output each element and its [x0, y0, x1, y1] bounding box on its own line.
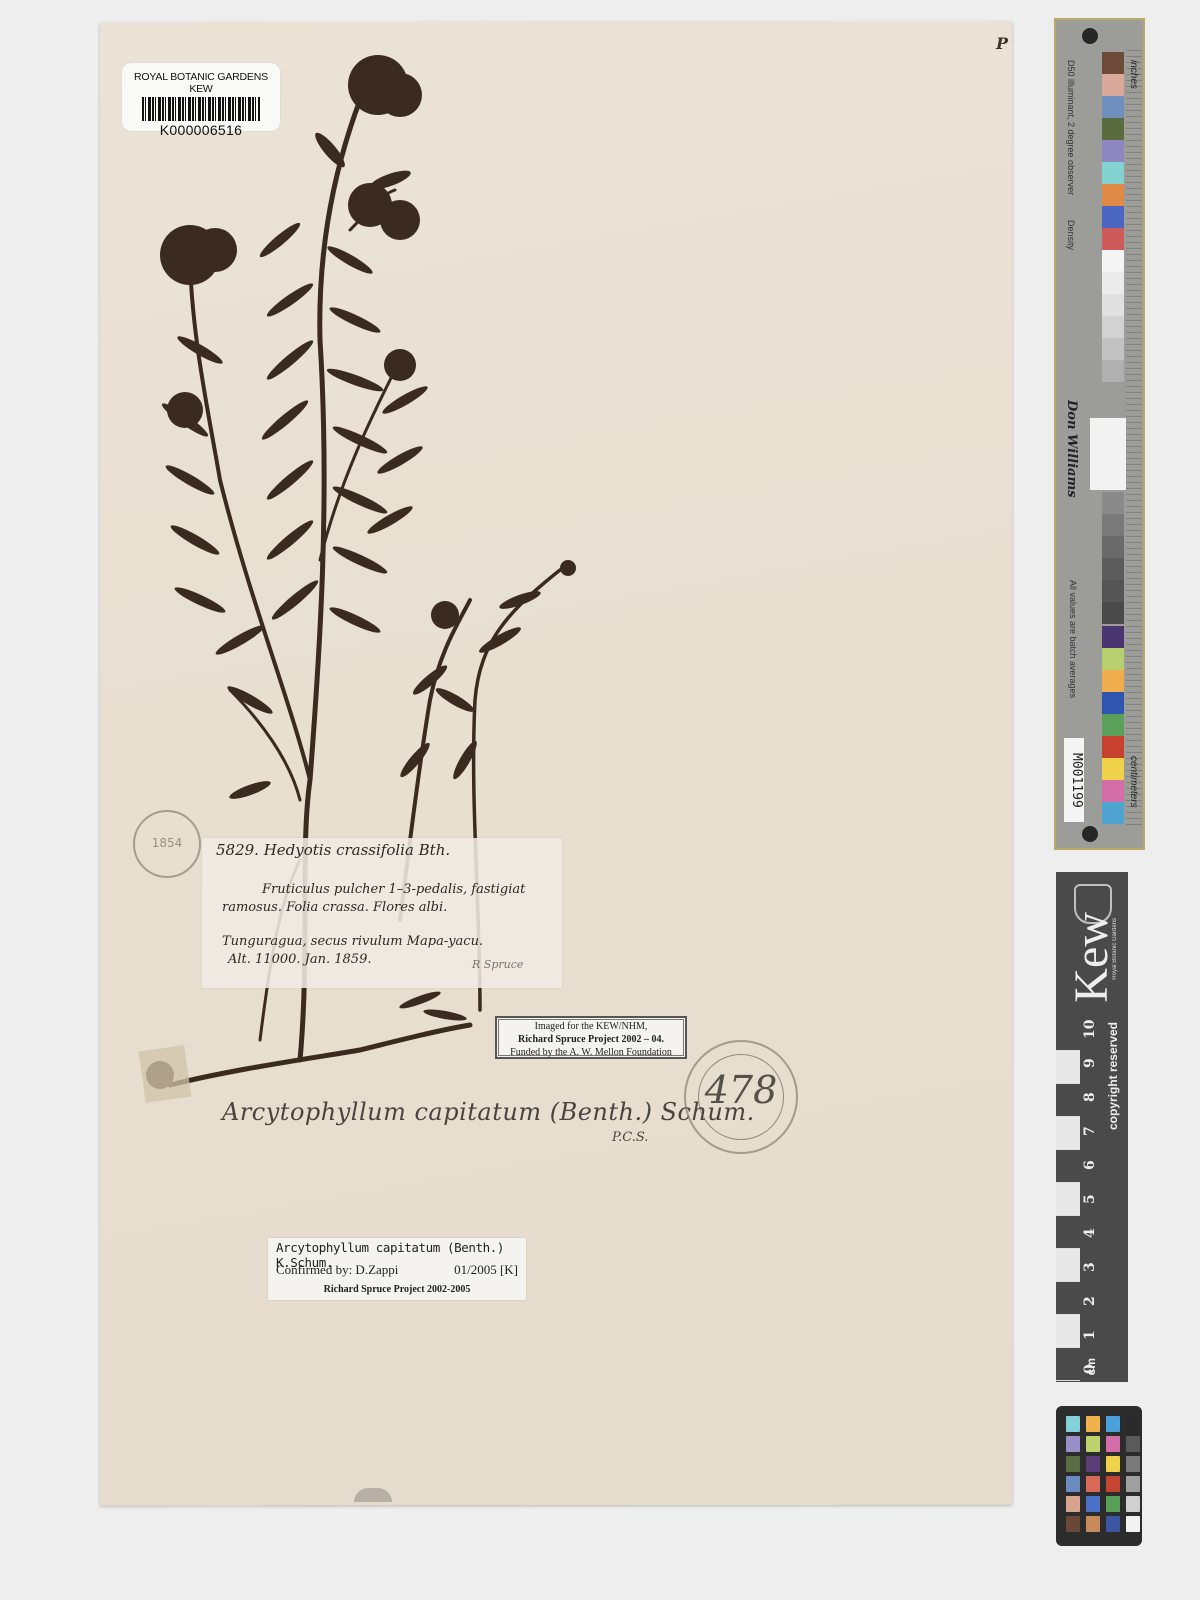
- checker-patch: [1126, 1456, 1140, 1472]
- specimen-id: K000006516: [122, 122, 280, 138]
- checker-patch: [1106, 1436, 1120, 1452]
- plant-specimen: [0, 0, 1200, 1600]
- imaging-project-label: Imaged for the KEW/NHM, Richard Spruce P…: [495, 1016, 687, 1059]
- color-swatch: [1102, 52, 1124, 74]
- grey-swatch: [1102, 492, 1124, 514]
- ruler-batch-note: All values are batch averages: [1068, 580, 1078, 698]
- scale-block: [1056, 1183, 1080, 1216]
- ruler-scale-ticks: [1126, 50, 1142, 830]
- checker-patch: [1126, 1436, 1140, 1452]
- scale-block: [1056, 1282, 1080, 1315]
- grey-swatch: [1102, 360, 1124, 382]
- scale-block: [1056, 1315, 1080, 1348]
- scale-number: 7: [1082, 1114, 1098, 1148]
- checker-patch: [1086, 1416, 1100, 1432]
- confirmed-by: Confirmed by: D.Zappi: [276, 1262, 398, 1278]
- grey-swatch: [1102, 338, 1124, 360]
- checker-patch: [1086, 1456, 1100, 1472]
- color-swatch: [1102, 758, 1124, 780]
- scale-number: 10: [1082, 1012, 1098, 1046]
- scale-number: 9: [1082, 1046, 1098, 1080]
- collector-label-number-name: 5829. Hedyotis crassifolia Bth.: [216, 841, 450, 859]
- ruler-hole-bottom: [1082, 826, 1098, 842]
- grey-swatch: [1102, 316, 1124, 338]
- color-swatch: [1102, 96, 1124, 118]
- color-swatch: [1102, 184, 1124, 206]
- ruler-unit-inches: inches: [1128, 60, 1139, 89]
- mounting-tape: [139, 1045, 192, 1103]
- imaging-label-line2: Richard Spruce Project 2002 – 04.: [497, 1033, 685, 1046]
- scale-block: [1056, 1018, 1080, 1051]
- ruler-id: M001199: [1064, 738, 1084, 822]
- scale-block: [1056, 1249, 1080, 1282]
- scale-number: 8: [1082, 1080, 1098, 1114]
- scale-number: 4: [1082, 1216, 1098, 1250]
- scale-number: 5: [1082, 1182, 1098, 1216]
- kew-logo: Kew: [1068, 912, 1116, 1003]
- color-swatch: [1102, 74, 1124, 96]
- ruler-grey-dark: [1102, 492, 1124, 624]
- color-swatch: [1102, 780, 1124, 802]
- color-swatch: [1102, 206, 1124, 228]
- grey-swatch: [1102, 602, 1124, 624]
- barcode-label: ROYAL BOTANIC GARDENS KEW K000006516: [122, 63, 280, 131]
- color-swatch: [1102, 228, 1124, 250]
- checker-patch: [1106, 1516, 1120, 1532]
- scale-blocks: [1056, 1018, 1080, 1358]
- grey-swatch: [1102, 272, 1124, 294]
- handwritten-determination: Arcytophyllum capitatum (Benth.) Schum.: [222, 1098, 755, 1126]
- checker-patch: [1106, 1496, 1120, 1512]
- color-swatch: [1102, 140, 1124, 162]
- color-swatch: [1102, 692, 1124, 714]
- grey-swatch: [1102, 558, 1124, 580]
- herbarium-stamp-year: 1854: [135, 836, 199, 850]
- color-swatch: [1102, 118, 1124, 140]
- imaging-label-line3: Funded by the A. W. Mellon Foundation: [497, 1046, 685, 1059]
- confirmation-project: Richard Spruce Project 2002-2005: [268, 1284, 526, 1295]
- color-swatch: [1102, 626, 1124, 648]
- scale-block: [1056, 1051, 1080, 1084]
- color-swatch: [1102, 802, 1124, 824]
- color-swatch: [1102, 670, 1124, 692]
- scale-unit: cm: [1084, 1358, 1098, 1375]
- checker-patch: [1126, 1416, 1140, 1432]
- scale-number: 2: [1082, 1284, 1098, 1318]
- kew-stamp-number: 478: [686, 1068, 796, 1112]
- checker-patch: [1066, 1456, 1080, 1472]
- checker-patch: [1066, 1416, 1080, 1432]
- ruler-unit-centimeters: centimeters: [1128, 756, 1139, 808]
- scale-block: [1056, 1348, 1080, 1381]
- confirmation-date: 01/2005 [K]: [454, 1262, 518, 1278]
- imaging-label-line1: Imaged for the KEW/NHM,: [497, 1020, 685, 1033]
- color-swatch: [1102, 736, 1124, 758]
- color-checker-grid: [1066, 1416, 1140, 1530]
- copyright-text: copyright reserved: [1106, 1022, 1120, 1130]
- checker-patch: [1086, 1436, 1100, 1452]
- scale-number: 3: [1082, 1250, 1098, 1284]
- ruler-grey-light: [1102, 250, 1124, 382]
- checker-patch: [1106, 1416, 1120, 1432]
- confirmation-label: Arcytophyllum capitatum (Benth.) K.Schum…: [268, 1238, 526, 1300]
- checker-patch: [1066, 1476, 1080, 1492]
- checker-patch: [1086, 1476, 1100, 1492]
- checker-patch: [1086, 1496, 1100, 1512]
- checker-patch: [1066, 1436, 1080, 1452]
- collector-label: 5829. Hedyotis crassifolia Bth. Fruticul…: [202, 838, 562, 988]
- color-swatch: [1102, 714, 1124, 736]
- collector-label-altitude-date: Alt. 11000. Jan. 1859.: [228, 952, 371, 967]
- ruler-brand: Don Williams: [1064, 400, 1079, 498]
- color-swatch: [1102, 648, 1124, 670]
- checker-patch: [1066, 1496, 1080, 1512]
- checker-patch: [1126, 1496, 1140, 1512]
- scale-number: 6: [1082, 1148, 1098, 1182]
- ruler-swatches-top: [1102, 52, 1124, 250]
- grey-swatch: [1102, 536, 1124, 558]
- ruler-density-label: Density: [1066, 220, 1076, 250]
- checker-patch: [1126, 1516, 1140, 1532]
- kew-stamp: 478: [684, 1040, 798, 1154]
- kew-logo-subtitle: Royal Botanic Gardens: [1112, 918, 1118, 980]
- herbarium-stamp: 1854: [133, 810, 201, 878]
- collector-label-description-1: Fruticulus pulcher 1–3-pedalis, fastigia…: [262, 882, 525, 897]
- collector-label-description-2: ramosus. Folia crassa. Flores albi.: [222, 900, 447, 915]
- checker-patch: [1066, 1516, 1080, 1532]
- color-swatch: [1102, 162, 1124, 184]
- determiner-initials: P.C.S.: [612, 1130, 648, 1145]
- ruler-swatches-bottom: [1102, 626, 1124, 824]
- grey-swatch: [1102, 250, 1124, 272]
- scale-number: 1: [1082, 1318, 1098, 1352]
- collector-label-locality: Tunguragua, secus rivulum Mapa-yacu.: [222, 934, 483, 949]
- ruler-standard-note: D50 illuminant, 2 degree observer: [1066, 60, 1076, 195]
- color-calibration-ruler: inches D50 illuminant, 2 degree observer…: [1054, 18, 1145, 850]
- checker-patch: [1126, 1476, 1140, 1492]
- grey-swatch: [1102, 514, 1124, 536]
- collector-signature: R Spruce: [472, 958, 523, 971]
- scale-block: [1056, 1150, 1080, 1183]
- kew-scale-bar: Kew Royal Botanic Gardens 109876543210 c…: [1056, 872, 1128, 1382]
- barcode-organization: ROYAL BOTANIC GARDENS KEW: [122, 71, 280, 95]
- grey-swatch: [1102, 294, 1124, 316]
- scale-block: [1056, 1084, 1080, 1117]
- color-checker-card: [1056, 1406, 1142, 1546]
- wax-seal: [354, 1488, 392, 1502]
- scale-block: [1056, 1216, 1080, 1249]
- grey-swatch: [1102, 580, 1124, 602]
- barcode-icon: [142, 97, 260, 121]
- checker-patch: [1106, 1456, 1120, 1472]
- checker-patch: [1086, 1516, 1100, 1532]
- ruler-hole-top: [1082, 28, 1098, 44]
- scale-block: [1056, 1117, 1080, 1150]
- scale-numbers: 109876543210: [1082, 1012, 1104, 1352]
- checker-patch: [1106, 1476, 1120, 1492]
- ruler-target-chart: [1090, 418, 1126, 490]
